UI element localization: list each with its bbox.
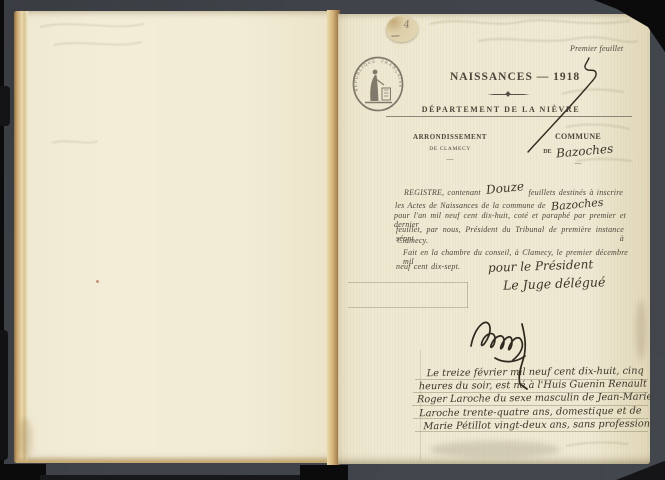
- ghost-table-line: [348, 282, 468, 283]
- act-handwriting: Le treize février mil neuf cent dix-huit…: [400, 364, 653, 433]
- left-page-bleedthrough: [14, 11, 331, 463]
- registre-line4: feuillet, par nous, Président du Tribuna…: [396, 225, 624, 243]
- cover-bottom-strip: [40, 475, 302, 480]
- binding-bottom: [300, 465, 348, 480]
- cover-fragment: [0, 86, 10, 126]
- tab-dash: [391, 35, 399, 37]
- registre-l1b: feuillets destinés à inscrire: [528, 188, 623, 197]
- ghost-table-line: [348, 307, 468, 308]
- ghost-table-line: [467, 282, 468, 308]
- paraph-stroke: [515, 52, 611, 156]
- seal-text-right: FRANÇAISE: [381, 58, 404, 88]
- svg-text:FRANÇAISE: FRANÇAISE: [381, 58, 404, 88]
- paper-stain: [18, 418, 32, 460]
- registre-l2: les Actes de Naissances de la commune de: [395, 201, 546, 210]
- registre-line2: les Actes de Naissances de la commune de…: [395, 197, 603, 210]
- commune-dash: —: [536, 159, 620, 167]
- arrondissement-label: ARRONDISSEMENT: [404, 133, 496, 141]
- arrondissement-sub: DE CLAMECY: [404, 146, 496, 152]
- paper-stain: [636, 300, 646, 360]
- arrondissement-block: ARRONDISSEMENT DE CLAMECY —: [404, 133, 496, 163]
- ink-speck: [96, 280, 99, 283]
- register-scan: 4 RÉPUBLIQUE FRANÇAISE Premier feuillet …: [0, 0, 665, 480]
- cover-fragment: [0, 330, 8, 460]
- registre-line1: REGISTRE, contenant Douze feuillets dest…: [404, 183, 623, 197]
- act-line: Marie Pétillot vingt-deux ans, sans prof…: [423, 417, 652, 433]
- registre-line5: Clamecy.: [397, 236, 428, 245]
- registre-line7: neuf cent dix-sept.: [396, 262, 460, 271]
- paper-stain: [430, 441, 560, 458]
- seal-figure: [365, 70, 392, 103]
- tab-number: 4: [403, 19, 410, 30]
- feuillets-count-handwritten: Douze: [485, 179, 524, 197]
- arrondissement-dash: —: [404, 155, 496, 163]
- republique-francaise-seal: RÉPUBLIQUE FRANÇAISE: [351, 55, 405, 113]
- registre-l1a: REGISTRE, contenant: [404, 188, 481, 197]
